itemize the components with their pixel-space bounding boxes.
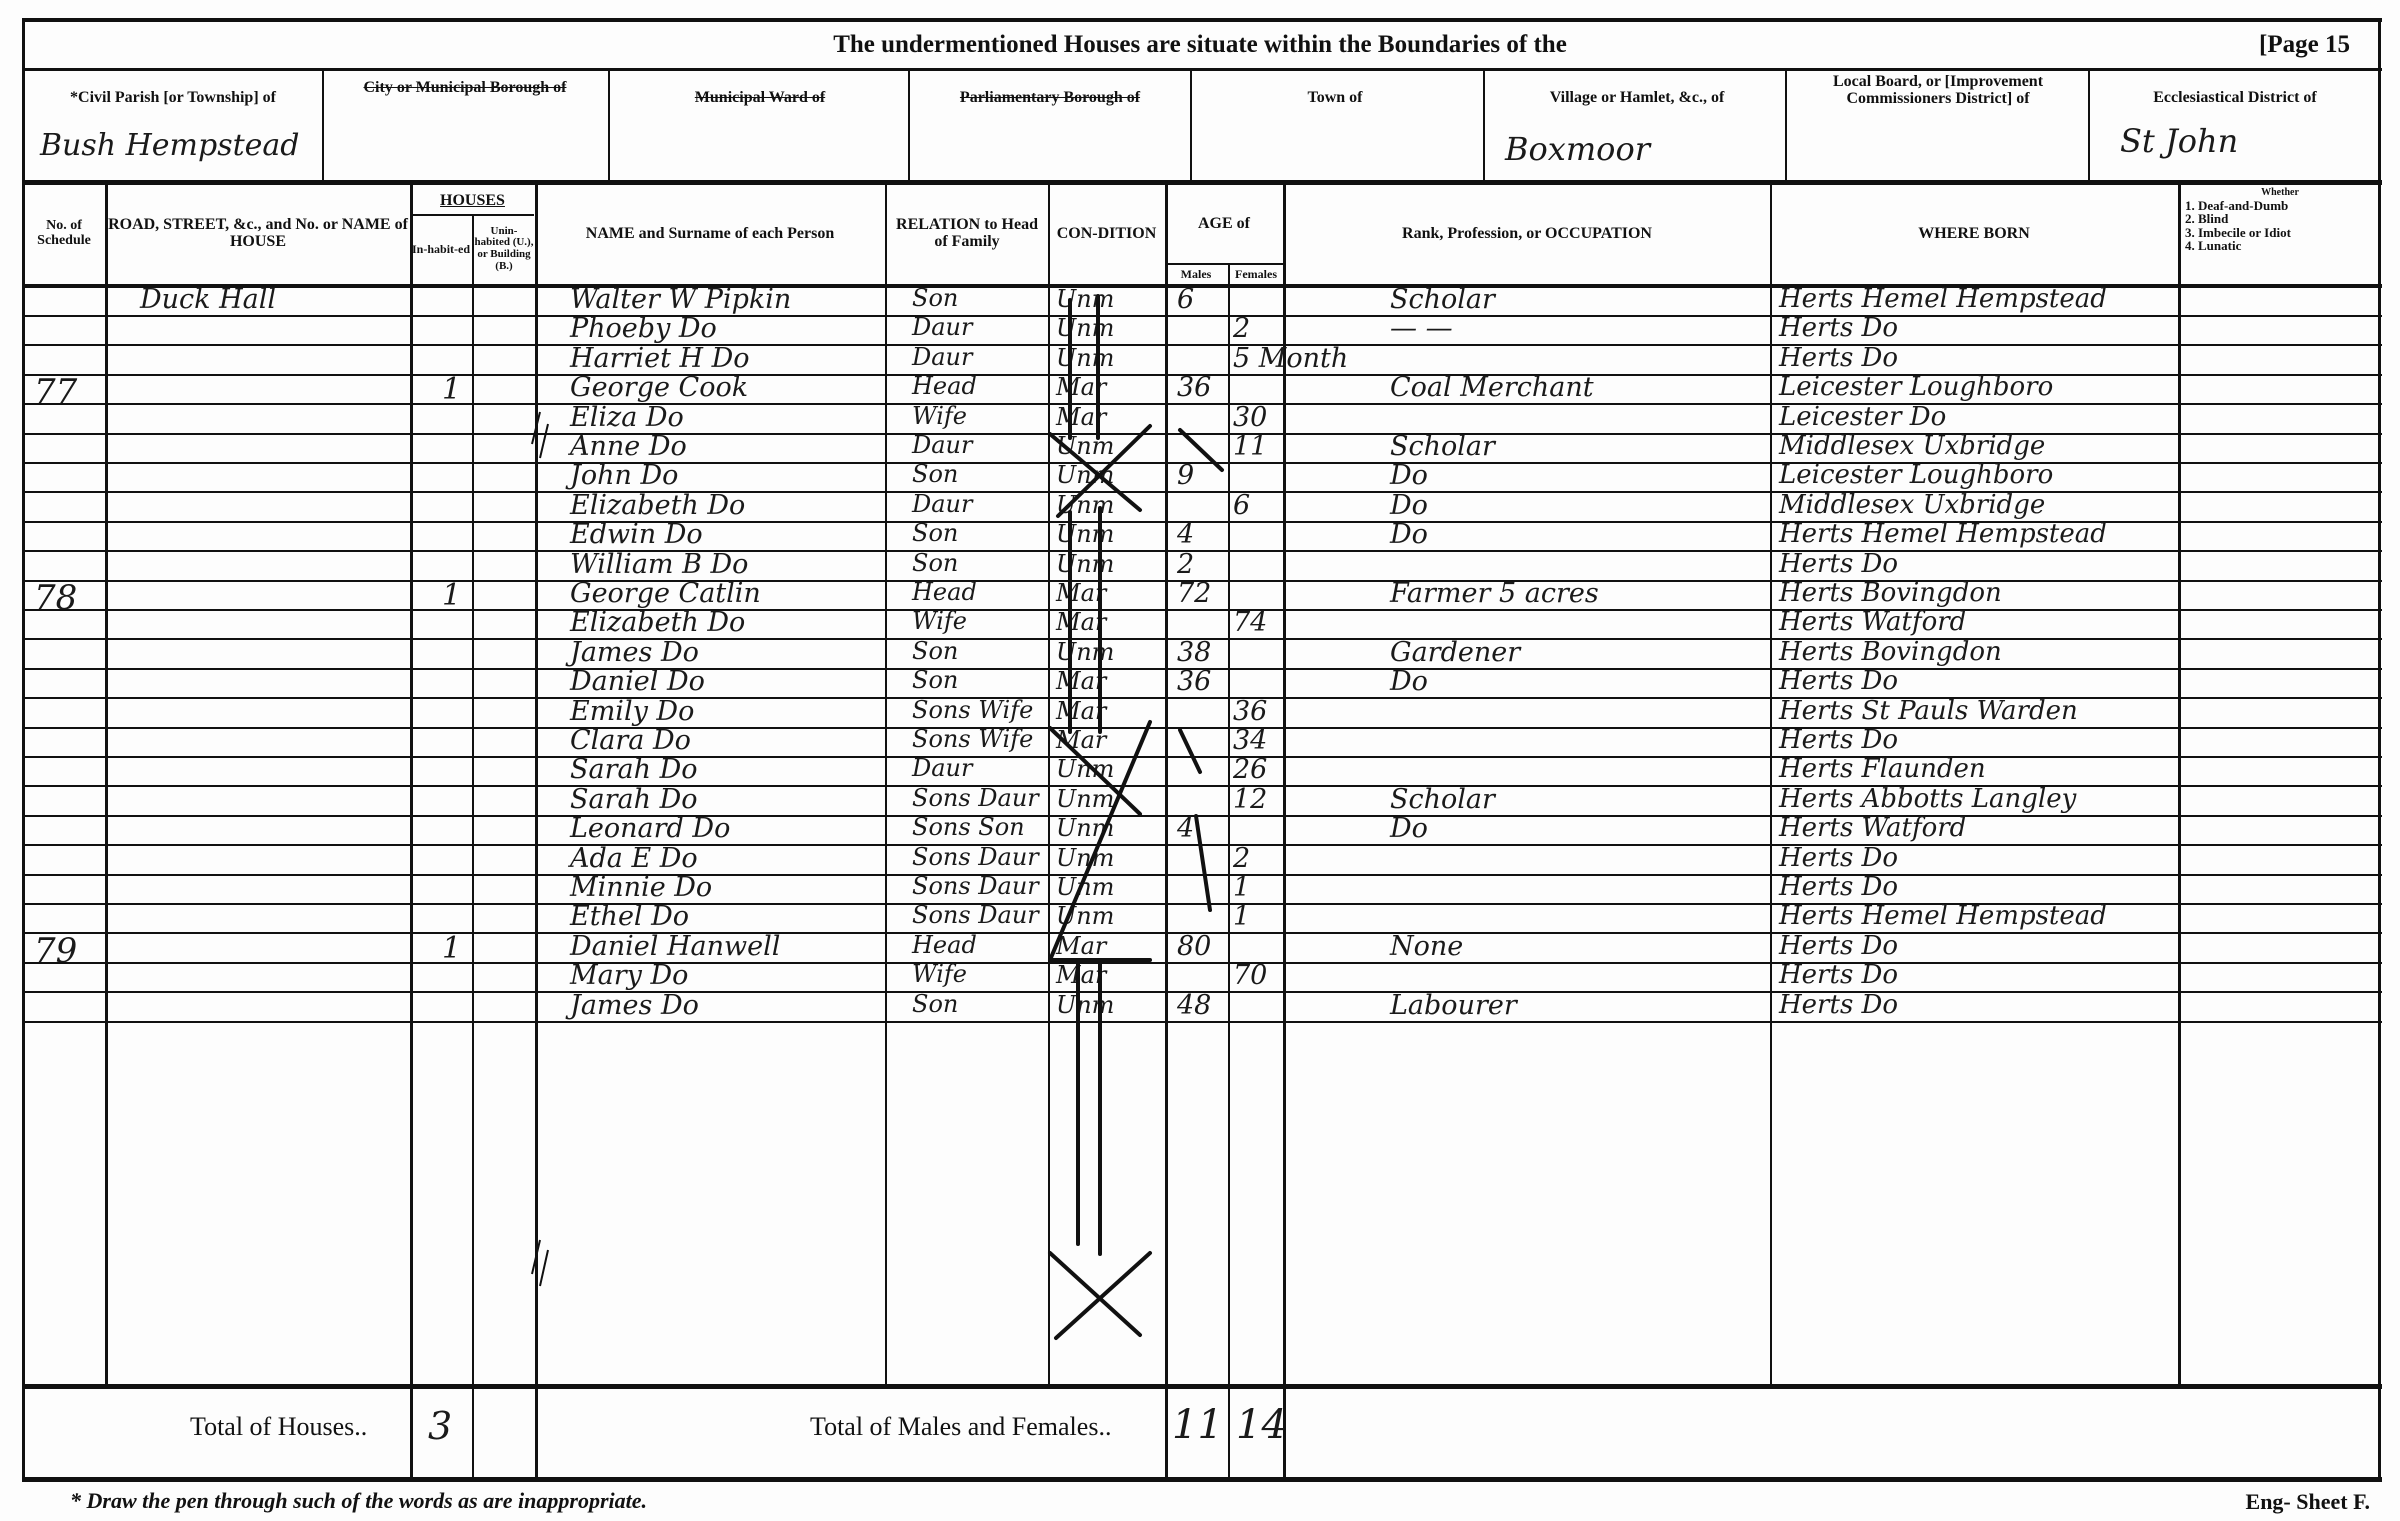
where-born[interactable]: Herts Do [1779,872,1898,902]
infirmity-item: 3. Imbecile or Idiot [2185,226,2375,240]
page-number: [Page 15 [2200,32,2350,58]
condition[interactable]: Mar [1056,373,1106,401]
male-age[interactable]: 72 [1177,578,1211,609]
local-board-label: Local Board, or [Improvement Commissione… [1792,74,2084,108]
male-age[interactable]: 38 [1177,637,1211,668]
condition[interactable]: Unm [1056,844,1114,872]
relation[interactable]: Daur [912,313,972,341]
female-age[interactable]: 74 [1233,607,1267,638]
condition[interactable]: Mar [1056,608,1106,636]
condition[interactable]: Mar [1056,667,1106,695]
table-row: James Do Son Unm 48 Labourer Herts Do [22,994,2382,1023]
relation[interactable]: Sons Wife [912,725,1033,753]
age-underline [1166,263,1283,265]
occupation[interactable]: None [1390,931,1463,962]
person-name[interactable]: Ethel Do [570,901,689,932]
relation[interactable]: Sons Daur [912,784,1039,812]
page-heading: The undermentioned Houses are situate wi… [600,32,1800,58]
inhabited-count[interactable]: 1 [442,931,461,966]
male-age[interactable]: 48 [1177,990,1211,1021]
totals-bottom-rule [22,1477,2382,1482]
municipal-borough-label: City or Municipal Borough of [340,80,590,97]
boundary-divider [608,70,610,180]
female-age[interactable]: 12 [1233,784,1267,815]
relation[interactable]: Sons Daur [912,843,1039,871]
condition[interactable]: Unm [1056,344,1114,372]
table-row: Clara Do Sons Wife Mar 34 Herts Do [22,729,2382,758]
where-born[interactable]: Herts Hemel Hempstead [1779,901,2107,931]
occupation[interactable]: Do [1390,460,1428,491]
female-age[interactable]: 6 [1233,490,1250,521]
relation[interactable]: Sons Wife [912,696,1033,724]
where-born[interactable]: Herts Watford [1779,813,1966,843]
where-born[interactable]: Herts Bovingdon [1779,578,2002,608]
infirmity-item: 4. Lunatic [2185,239,2375,253]
header-schedule: No. of Schedule [24,186,104,282]
table-row: Sarah Do Sons Daur Unm 12 Scholar Herts … [22,788,2382,817]
person-name[interactable]: James Do [570,637,699,668]
occupation[interactable]: Scholar [1390,784,1495,815]
condition[interactable]: Unm [1056,755,1114,783]
ecclesiastical-district-value[interactable]: St John [2120,122,2238,160]
village-label: Village or Hamlet, &c., of [1492,90,1782,107]
condition[interactable]: Unm [1056,638,1114,666]
condition[interactable]: Unm [1056,461,1114,489]
ecclesiastical-district-label: Ecclesiastical District of [2095,90,2375,107]
header-uninhabited: Unin-habited (U.), or Building (B.) [474,216,534,282]
condition[interactable]: Mar [1056,697,1106,725]
top-border [22,18,2382,22]
male-age[interactable]: 9 [1177,460,1194,491]
condition[interactable]: Unm [1056,314,1114,342]
relation[interactable]: Sons Son [912,813,1025,841]
female-age[interactable]: 1 [1233,901,1250,932]
person-name[interactable]: Edwin Do [570,519,703,550]
footer-note: * Draw the pen through such of the words… [70,1488,647,1514]
occupation[interactable]: — — [1390,313,1453,344]
relation[interactable]: Wife [912,402,967,430]
where-born[interactable]: Leicester Do [1779,402,1946,432]
where-born[interactable]: Herts Do [1779,666,1898,696]
condition[interactable]: Mar [1056,961,1106,989]
relation[interactable]: Daur [912,343,972,371]
table-row: Ada E Do Sons Daur Unm 2 Herts Do [22,847,2382,876]
where-born[interactable]: Herts Do [1779,343,1898,373]
table-row: Emily Do Sons Wife Mar 36 Herts St Pauls… [22,700,2382,729]
person-name[interactable]: George Cook [570,372,748,403]
where-born[interactable]: Herts Watford [1779,607,1966,637]
relation[interactable]: Son [912,637,958,665]
total-persons-label: Total of Males and Females.. [810,1412,1111,1442]
person-name[interactable]: John Do [570,460,678,491]
header-houses: HOUSES [410,188,535,214]
person-name[interactable]: Harriet H Do [570,343,750,374]
condition[interactable]: Mar [1056,579,1106,607]
occupation[interactable]: Do [1390,666,1428,697]
female-age[interactable]: 26 [1233,754,1267,785]
where-born[interactable]: Herts Do [1779,725,1898,755]
civil-parish-label: *Civil Parish [or Township] of [28,90,318,107]
condition[interactable]: Unm [1056,520,1114,548]
female-age[interactable]: 11 [1233,431,1267,462]
total-males[interactable]: 11 [1172,1402,1223,1448]
relation[interactable]: Daur [912,490,972,518]
relation[interactable]: Sons Daur [912,901,1039,929]
condition[interactable]: Unm [1056,550,1114,578]
person-name[interactable]: Minnie Do [570,872,712,903]
occupation[interactable]: Coal Merchant [1390,372,1594,403]
occupation[interactable]: Scholar [1390,431,1495,462]
where-born[interactable]: Herts Hemel Hempstead [1779,519,2107,549]
infirmity-item: 1. Deaf-and-Dumb [2185,199,2375,213]
boundary-divider [2088,70,2090,180]
totals-top-rule [22,1384,2382,1389]
title-divider [22,68,2382,71]
relation[interactable]: Son [912,460,958,488]
relation[interactable]: Daur [912,431,972,459]
occupation[interactable]: Scholar [1390,284,1495,315]
inhabited-count[interactable]: 1 [442,372,461,407]
total-houses-inhabited[interactable]: 3 [428,1404,452,1448]
relation[interactable]: Daur [912,754,972,782]
table-row: Leonard Do Sons Son Unm 4 Do Herts Watfo… [22,817,2382,846]
person-name[interactable]: Sarah Do [570,754,697,785]
person-name[interactable]: Phoeby Do [570,313,717,344]
occupation[interactable]: Farmer 5 acres [1390,578,1599,609]
table-row: Duck Hall Walter W Pipkin Son Unm 6 Scho… [22,288,2382,317]
where-born[interactable]: Herts Do [1779,990,1898,1020]
where-born[interactable]: Herts Do [1779,931,1898,961]
boundary-divider [1190,70,1192,180]
relation[interactable]: Head [912,931,977,959]
census-page: The undermentioned Houses are situate wi… [0,0,2400,1521]
relation[interactable]: Son [912,666,958,694]
parliamentary-borough-label: Parliamentary Borough of [920,90,1180,107]
municipal-ward-label: Municipal Ward of [625,90,895,107]
town-label: Town of [1200,90,1470,107]
male-age[interactable]: 4 [1177,519,1194,550]
boundaries-bottom-rule [22,180,2382,185]
occupation[interactable]: Do [1390,490,1428,521]
person-name[interactable]: Clara Do [570,725,691,756]
boundary-divider [1483,70,1485,180]
relation[interactable]: Wife [912,960,967,988]
condition[interactable]: Unm [1056,814,1114,842]
person-name[interactable]: Mary Do [570,960,688,991]
relation[interactable]: Son [912,519,958,547]
relation[interactable]: Wife [912,607,967,635]
condition[interactable]: Unm [1056,491,1114,519]
header-road: ROAD, STREET, &c., and No. or NAME of HO… [108,186,408,282]
where-born[interactable]: Herts Do [1779,549,1898,579]
where-born[interactable]: Herts St Pauls Warden [1779,696,2078,726]
condition[interactable]: Mar [1056,403,1106,431]
sheet-identifier: Eng- Sheet F. [2120,1490,2370,1513]
condition[interactable]: Unm [1056,991,1114,1019]
header-name: NAME and Surname of each Person [540,186,880,282]
infirmity-item: 2. Blind [2185,212,2375,226]
person-name[interactable]: Anne Do [570,431,687,462]
header-condition: CON-DITION [1050,186,1163,282]
male-age[interactable]: 80 [1177,931,1211,962]
inhabited-count[interactable]: 1 [442,578,461,613]
village-value[interactable]: Boxmoor [1505,130,1650,168]
person-name[interactable]: Ada E Do [570,843,698,874]
person-name[interactable]: Daniel Do [570,666,705,697]
header-inhabited: In-habit-ed [412,216,470,282]
header-where-born: WHERE BORN [1772,186,2176,282]
condition[interactable]: Unm [1056,432,1114,460]
person-name[interactable]: Emily Do [570,696,694,727]
person-name[interactable]: Sarah Do [570,784,697,815]
relation[interactable]: Son [912,549,958,577]
where-born[interactable]: Herts Flaunden [1779,754,1986,784]
person-name[interactable]: Walter W Pipkin [570,284,791,315]
female-age[interactable]: 5 Month [1233,343,1348,374]
where-born[interactable]: Herts Abbotts Langley [1779,784,2076,814]
header-age: AGE of [1166,186,1282,262]
male-age[interactable]: 36 [1177,372,1211,403]
female-age[interactable]: 1 [1233,872,1250,903]
female-age[interactable]: 2 [1233,313,1250,344]
total-houses-label: Total of Houses.. [190,1412,367,1442]
boundary-divider [908,70,910,180]
female-age[interactable]: 30 [1233,402,1267,433]
where-born[interactable]: Leicester Loughboro [1779,460,2053,490]
occupation[interactable]: Labourer [1390,990,1517,1021]
condition[interactable]: Mar [1056,726,1106,754]
where-born[interactable]: Herts Do [1779,960,1898,990]
relation[interactable]: Son [912,990,958,1018]
where-born[interactable]: Leicester Loughboro [1779,372,2053,402]
relation[interactable]: Head [912,578,977,606]
table-row: 79 1 Daniel Hanwell Head Mar 80 None Her… [22,935,2382,964]
person-name[interactable]: William B Do [570,549,748,580]
male-age[interactable]: 4 [1177,813,1194,844]
table-row: Phoeby Do Daur Unm 2 — — Herts Do [22,317,2382,346]
person-name[interactable]: George Catlin [570,578,761,609]
table-row: 78 1 George Catlin Head Mar 72 Farmer 5 … [22,582,2382,611]
where-born[interactable]: Herts Hemel Hempstead [1779,284,2107,314]
male-age[interactable]: 6 [1177,284,1194,315]
condition[interactable]: Unm [1056,873,1114,901]
female-age[interactable]: 36 [1233,696,1267,727]
condition[interactable]: Mar [1056,932,1106,960]
relation[interactable]: Head [912,372,977,400]
female-age[interactable]: 34 [1233,725,1267,756]
female-age[interactable]: 2 [1233,843,1250,874]
header-infirmity: Whether 1. Deaf-and-Dumb 2. Blind 3. Imb… [2185,188,2375,253]
condition[interactable]: Unm [1056,785,1114,813]
person-name[interactable]: Elizabeth Do [570,607,745,638]
header-females: Females [1229,265,1283,283]
table-row: Edwin Do Son Unm 4 Do Herts Hemel Hempst… [22,523,2382,552]
where-born[interactable]: Herts Do [1779,313,1898,343]
civil-parish-value[interactable]: Bush Hempstead [40,128,299,163]
occupation[interactable]: Do [1390,519,1428,550]
occupation[interactable]: Do [1390,813,1428,844]
total-females[interactable]: 14 [1236,1402,1287,1448]
relation[interactable]: Son [912,284,958,312]
person-name[interactable]: Eliza Do [570,402,684,433]
where-born[interactable]: Middlesex Uxbridge [1779,490,2045,520]
person-name[interactable]: Daniel Hanwell [570,931,780,962]
where-born[interactable]: Herts Bovingdon [1779,637,2002,667]
header-relation: RELATION to Head of Family [888,186,1046,282]
boundary-divider [322,70,324,180]
female-age[interactable]: 70 [1233,960,1267,991]
row-rule [22,1021,2382,1023]
occupation[interactable]: Gardener [1390,637,1520,668]
person-name[interactable]: James Do [570,990,699,1021]
infirmity-title: Whether [2185,188,2375,199]
condition[interactable]: Unm [1056,285,1114,313]
header-males: Males [1166,265,1226,283]
relation[interactable]: Sons Daur [912,872,1039,900]
where-born[interactable]: Herts Do [1779,843,1898,873]
male-age[interactable]: 36 [1177,666,1211,697]
condition[interactable]: Unm [1056,902,1114,930]
where-born[interactable]: Middlesex Uxbridge [1779,431,2045,461]
person-name[interactable]: Leonard Do [570,813,730,844]
person-name[interactable]: Elizabeth Do [570,490,745,521]
road-or-house[interactable]: Duck Hall [140,284,276,315]
table-row: 77 1 George Cook Head Mar 36 Coal Mercha… [22,376,2382,405]
header-occupation: Rank, Profession, or OCCUPATION [1286,186,1768,282]
male-age[interactable]: 2 [1177,549,1194,580]
boundary-divider [1785,70,1787,180]
